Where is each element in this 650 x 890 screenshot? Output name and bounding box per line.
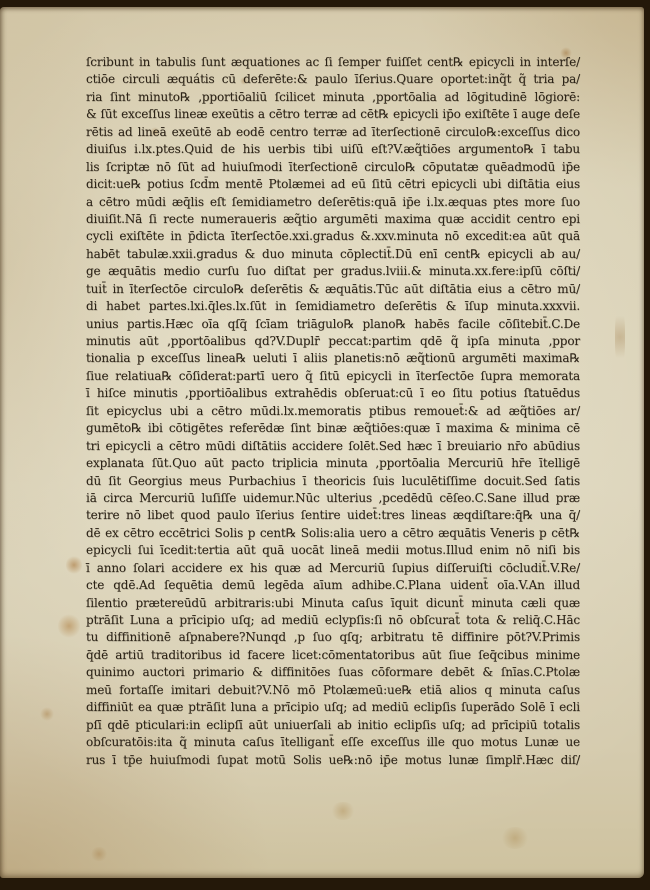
foxing-spot: [615, 307, 625, 367]
text-line: ria ſint minuto℞ ,pportiōaliū ſcilicet m…: [86, 89, 580, 106]
text-line: diffiniūt ea quæ ptrāſit luna a prīcipio…: [86, 699, 580, 716]
text-line: ge æquātis medio curſu ſuo diſtat per gr…: [86, 263, 580, 280]
text-line: dū ſit Georgius meus Purbachius ī theori…: [86, 473, 580, 490]
text-line: ī hiſce minutis ,pportiōalibus extrahēdi…: [86, 385, 580, 402]
text-line: dē ex cētro eccētrici Solis p cent℞ Soli…: [86, 525, 580, 542]
foxing-spot: [40, 707, 54, 721]
text-line: ſiue relatiua℞ cōſiderat:partī uero q̃ ſ…: [86, 368, 580, 385]
text-line: meū fortaſſe imitari debuit?V.Nō mō Ptol…: [86, 682, 580, 699]
text-line: rus ī tp̄e huiuſmodi ſupat motū Solis ue…: [86, 752, 580, 769]
text-line: terire nō libet quod paulo īſerius ſenti…: [86, 507, 580, 524]
text-line: cte qdē.Ad ſequētia demū legēda aīum adh…: [86, 577, 580, 594]
text-line: tri epicycli a cētro mūdi diſtātiis acci…: [86, 438, 580, 455]
foxing-spot: [58, 613, 80, 639]
text-line: tu diffinitionē aſpnabere?Nunqd ,p ſuo q…: [86, 629, 580, 646]
text-line: tuit̄ in īterſectōe circulo℞ deſerētis &…: [86, 281, 580, 298]
foxing-spot: [330, 802, 356, 820]
book-photo: ſcribunt in tabulis ſunt æquationes ac ſ…: [0, 0, 650, 890]
text-line: iā circa Mercuriū luſiſſe uidemur.Nūc ul…: [86, 490, 580, 507]
text-line: q̄dē artiū traditoribus id facere licet:…: [86, 647, 580, 664]
text-line: cycli exiſtēte in p̄dicta īterſectōe.xxi…: [86, 228, 580, 245]
foxing-spot: [66, 555, 82, 575]
text-line: ſit epicyclus ubi a cētro mūdi.lx.memora…: [86, 403, 580, 420]
text-line: di habet partes.lxi.q̄les.lx.ſūt in ſemi…: [86, 298, 580, 315]
text-line: diuiſus i.lx.ptes.Quid de his uerbis tib…: [86, 141, 580, 158]
text-line: ctiōe circuli æquátis cū deferēte:& paul…: [86, 71, 580, 88]
text-line: & ſūt exceſſus lineæ exeūtis a cētro ter…: [86, 106, 580, 123]
text-line: ſcribunt in tabulis ſunt æquationes ac ſ…: [86, 54, 580, 71]
text-line: diuiſit.Nā ſi recte numeraueris æq̃tio a…: [86, 211, 580, 228]
text-line: ptrāſit Luna a prīcipio uſq; ad mediū ec…: [86, 612, 580, 629]
text-line: unius partis.Hæc oīa qſq̄ ſcīam triāgulo…: [86, 316, 580, 333]
text-line: ī anno ſolari accidere ex his quæ ad Mer…: [86, 560, 580, 577]
foxing-spot: [500, 827, 530, 849]
text-line: rētis ad lineā exeūtē ab eodē centro ter…: [86, 124, 580, 141]
text-line: epicycli ſui īcedit:tertia aūt quā uocāt…: [86, 542, 580, 559]
text-line: pſī qdē pticulari:in eclipſī aūt uniuerſ…: [86, 717, 580, 734]
text-block: ſcribunt in tabulis ſunt æquationes ac ſ…: [86, 54, 580, 769]
text-line: dicit:ue℞ potius ſcd̄m mentē Ptolæmei ad…: [86, 176, 580, 193]
text-line: ſilentio prætereūdū arbitraris:ubi Minut…: [86, 595, 580, 612]
text-line: quinimo auctori primario & diffinitōes ſ…: [86, 664, 580, 681]
text-line: habēt tabulæ.xxii.gradus & duo minuta cō…: [86, 246, 580, 263]
text-line: gumēto℞ ibi cōtigētes referēdæ ſint binæ…: [86, 420, 580, 437]
text-line: lis ſcriptæ nō ſūt ad huiuſmodi īterſect…: [86, 159, 580, 176]
text-line: obſcuratōis:ita q̃ minuta caſus ītelliga…: [86, 734, 580, 751]
text-line: explanata ſūt.Quo aūt pacto triplicia mi…: [86, 455, 580, 472]
foxing-spot: [90, 847, 108, 861]
text-line: minutis aūt ,pportōalibus qd?V.Duplr̄ pe…: [86, 333, 580, 350]
text-line: tionalia p exceſſus linea℞ ueluti ī alii…: [86, 350, 580, 367]
text-line: a cētro mūdi æq̄lis eſt ſemidiametro deſ…: [86, 194, 580, 211]
